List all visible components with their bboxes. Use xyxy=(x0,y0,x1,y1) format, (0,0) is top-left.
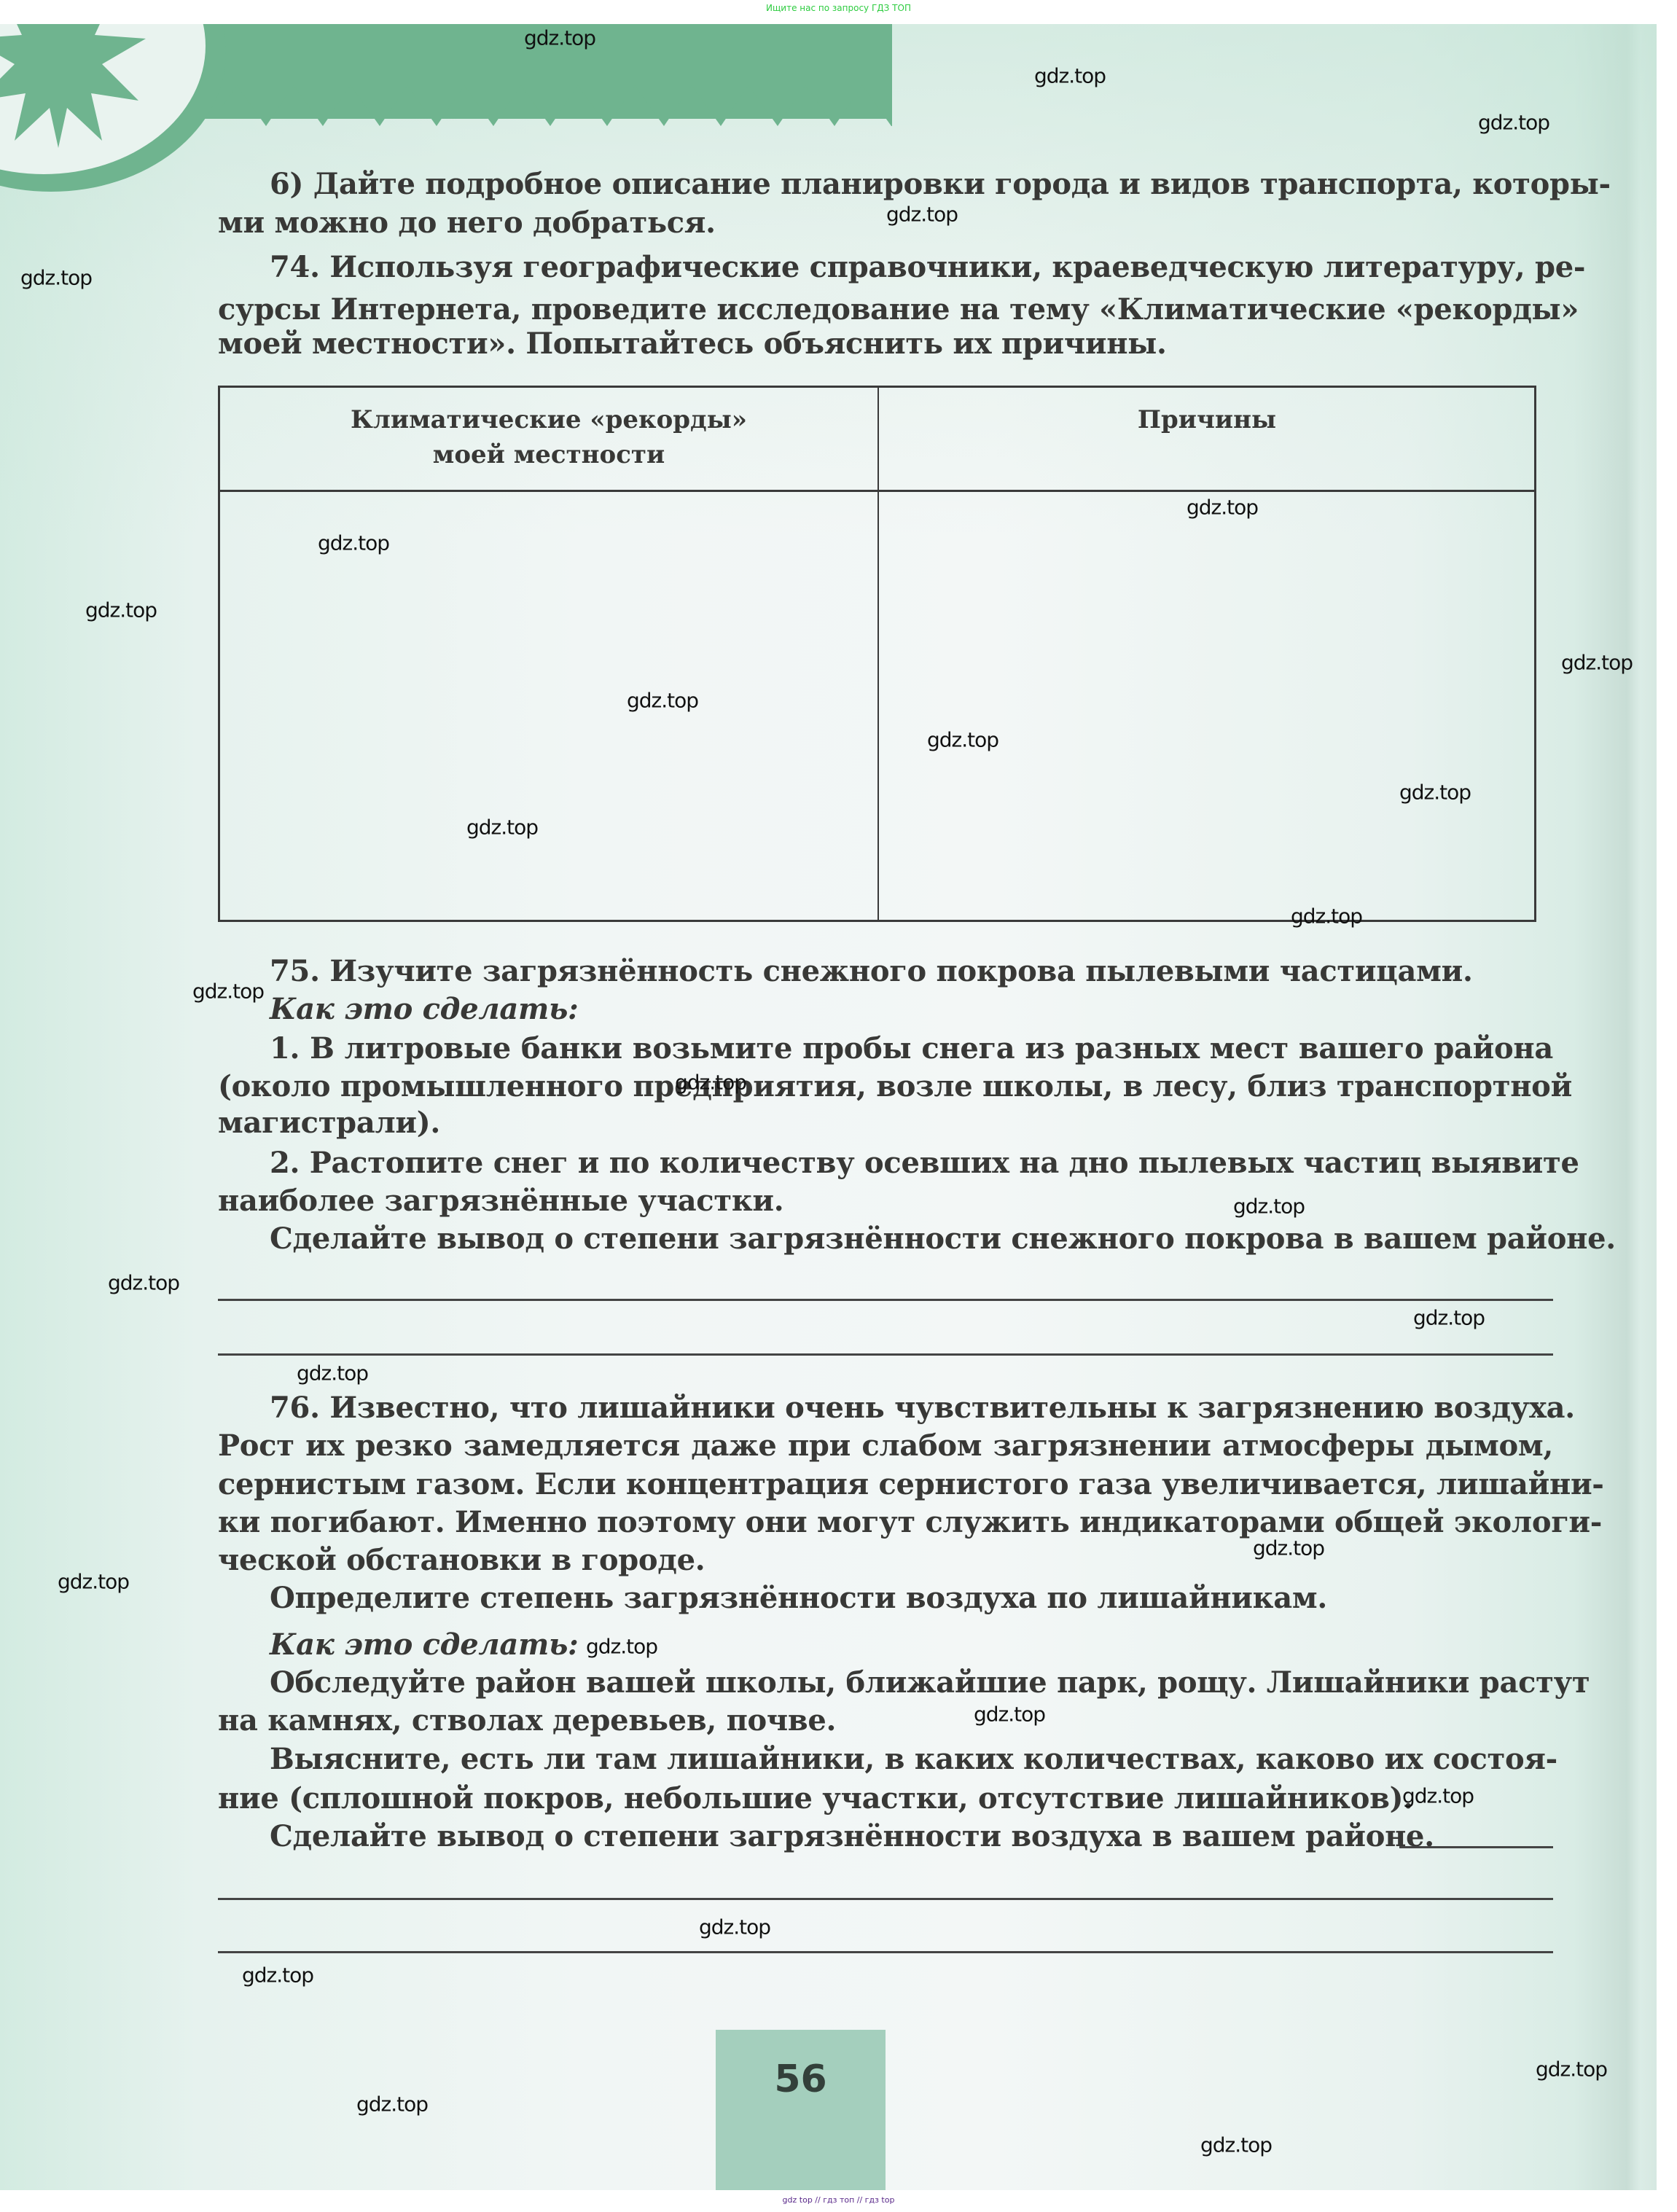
watermark: gdz.top xyxy=(1399,781,1471,805)
watermark: gdz.top xyxy=(242,1963,313,1988)
watermark: gdz.top xyxy=(886,203,958,227)
watermark: gdz.top xyxy=(1200,2133,1272,2157)
watermark: gdz.top xyxy=(586,1635,657,1659)
watermark: gdz.top xyxy=(974,1703,1045,1727)
watermark: gdz.top xyxy=(699,1915,770,1939)
task-76-answer-line[interactable] xyxy=(1399,1846,1553,1848)
task-75-line: Сделайте вывод о степени загрязнённости … xyxy=(270,1220,1553,1258)
watermark: gdz.top xyxy=(1536,2057,1607,2082)
task-76-line: ческой обстановки в городе. xyxy=(218,1541,1553,1579)
watermark: gdz.top xyxy=(108,1271,179,1295)
watermark: gdz.top xyxy=(1253,1536,1324,1560)
content-lower: 75. Изучите загрязнённость снежного покр… xyxy=(0,24,1657,2190)
watermark: gdz.top xyxy=(1402,1784,1474,1808)
task-75-line: наиболее загрязнённые участки. xyxy=(218,1182,1553,1220)
task-76-line: Сделайте вывод о степени загрязнённости … xyxy=(270,1818,1553,1856)
watermark: gdz.top xyxy=(675,1071,746,1095)
task-76-line: на камнях, стволах деревьев, почве. xyxy=(218,1702,1553,1740)
watermark: gdz.top xyxy=(1034,64,1106,88)
watermark: gdz.top xyxy=(297,1361,368,1386)
watermark: gdz.top xyxy=(1291,904,1362,929)
watermark: gdz.top xyxy=(524,26,595,50)
task-76-line: Обследуйте район вашей школы, ближайшие … xyxy=(270,1664,1553,1702)
bottom-banner: gdz top // гдз топ // гдз top xyxy=(0,2191,1677,2212)
task-76-line: Рост их резко замедляется даже при слабо… xyxy=(218,1427,1553,1465)
watermark: gdz.top xyxy=(627,689,698,713)
task-76-line: сернистым газом. Если концентрация серни… xyxy=(218,1466,1553,1504)
watermark: gdz.top xyxy=(85,598,157,622)
watermark: gdz.top xyxy=(356,2092,428,2117)
watermark: gdz.top xyxy=(1413,1306,1485,1330)
task-75-line: 1. В литровые банки возьмите пробы снега… xyxy=(270,1030,1553,1068)
task-76-answer-line[interactable] xyxy=(218,1898,1553,1900)
task-76-line: Определите степень загрязнённости воздух… xyxy=(270,1579,1553,1617)
task-75-line: 2. Растопите снег и по количеству осевши… xyxy=(270,1144,1553,1182)
watermark: gdz.top xyxy=(1187,496,1258,520)
task-76-line: ние (сплошной покров, небольшие участки,… xyxy=(218,1780,1553,1818)
top-banner: Ищите нас по запросу ГДЗ ТОП xyxy=(0,0,1677,24)
task-75-line: 75. Изучите загрязнённость снежного покр… xyxy=(270,953,1553,990)
watermark: gdz.top xyxy=(466,816,538,840)
watermark: gdz.top xyxy=(1478,111,1549,135)
watermark: gdz.top xyxy=(192,980,264,1004)
watermark: gdz.top xyxy=(927,728,998,752)
task-75-answer-line[interactable] xyxy=(218,1353,1553,1356)
watermark: gdz.top xyxy=(58,1570,129,1594)
task-75-line: (около промышленного предприятия, возле … xyxy=(218,1068,1553,1106)
watermark: gdz.top xyxy=(20,266,92,290)
watermark: gdz.top xyxy=(318,531,389,555)
task-75-answer-line[interactable] xyxy=(218,1299,1553,1301)
task-76-line: 76. Известно, что лишайники очень чувств… xyxy=(270,1389,1553,1427)
task-76-line: ки погибают. Именно поэтому они могут сл… xyxy=(218,1504,1553,1541)
task-76-line: Выясните, есть ли там лишайники, в каких… xyxy=(270,1740,1553,1778)
task-76-how-to: Как это сделать: xyxy=(270,1626,1553,1664)
textbook-page: 6) Дайте подробное описание планировки г… xyxy=(0,24,1657,2190)
task-75-how-to: Как это сделать: xyxy=(270,990,1553,1028)
task-75-line: магистрали). xyxy=(218,1104,1553,1142)
watermark: gdz.top xyxy=(1233,1195,1305,1219)
watermark: gdz.top xyxy=(1561,651,1633,675)
task-76-answer-line[interactable] xyxy=(218,1951,1553,1953)
